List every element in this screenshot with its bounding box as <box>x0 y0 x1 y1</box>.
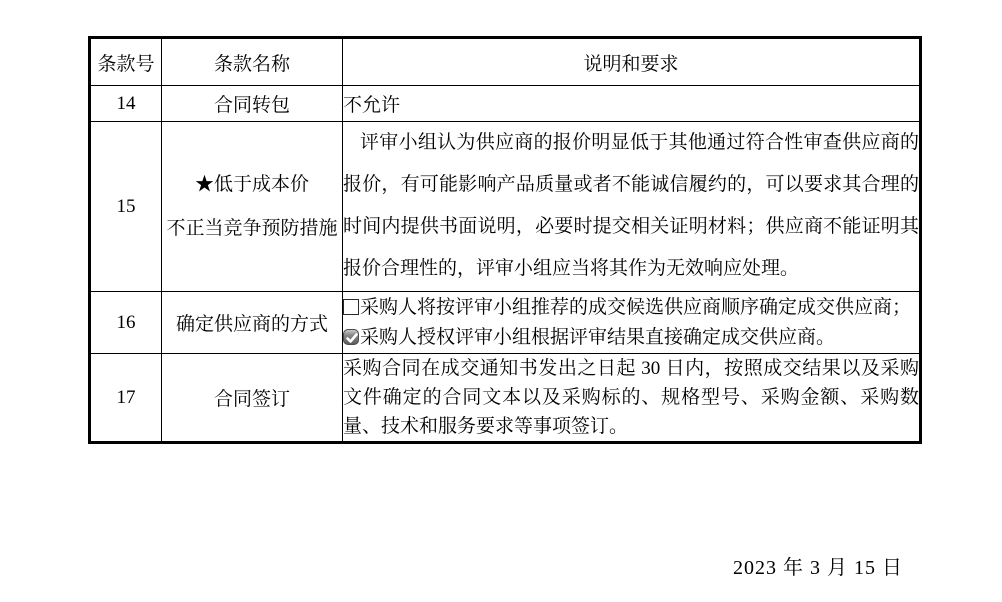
clause-14-name: 合同转包 <box>162 86 343 122</box>
clause-14-description: 不允许 <box>343 86 921 122</box>
document-page: 条款号 条款名称 说明和要求 14 合同转包 不允许 15 ★低于成本价 不正当… <box>0 0 1002 602</box>
supplier-option-2: 采购人授权评审小组根据评审结果直接确定成交供应商。 <box>343 323 919 353</box>
supplier-option-1: 采购人将按评审小组推荐的成交候选供应商顺序确定成交供应商； <box>343 293 919 323</box>
supplier-option-2-label: 采购人授权评审小组根据评审结果直接确定成交供应商。 <box>360 327 835 348</box>
clause-17-name: 合同签订 <box>162 354 343 443</box>
header-clause-name: 条款名称 <box>162 38 343 86</box>
unchecked-checkbox-icon[interactable] <box>343 299 359 315</box>
clause-15-name-line-2: 不正当竞争预防措施 <box>162 207 342 251</box>
clause-15-name-line-1: ★低于成本价 <box>162 163 342 207</box>
clause-15-number: 15 <box>90 122 162 292</box>
clause-15-name: ★低于成本价 不正当竞争预防措施 <box>162 122 343 292</box>
document-date: 2023 年 3 月 15 日 <box>733 551 903 580</box>
table-header-row: 条款号 条款名称 说明和要求 <box>90 38 921 86</box>
supplier-option-1-label: 采购人将按评审小组推荐的成交候选供应商顺序确定成交供应商； <box>360 297 911 318</box>
table-row-clause-15: 15 ★低于成本价 不正当竞争预防措施 评审小组认为供应商的报价明显低于其他通过… <box>90 122 921 292</box>
clause-17-number: 17 <box>90 354 162 443</box>
clauses-table: 条款号 条款名称 说明和要求 14 合同转包 不允许 15 ★低于成本价 不正当… <box>88 36 922 444</box>
clause-17-description: 采购合同在成交通知书发出之日起 30 日内，按照成交结果以及采购文件确定的合同文… <box>343 354 921 443</box>
clause-16-description: 采购人将按评审小组推荐的成交候选供应商顺序确定成交供应商； 采购人授权评审小组根… <box>343 292 921 354</box>
table-row-clause-16: 16 确定供应商的方式 采购人将按评审小组推荐的成交候选供应商顺序确定成交供应商… <box>90 292 921 354</box>
clause-15-description: 评审小组认为供应商的报价明显低于其他通过符合性审查供应商的报价，有可能影响产品质… <box>343 122 921 292</box>
table-row-clause-17: 17 合同签订 采购合同在成交通知书发出之日起 30 日内，按照成交结果以及采购… <box>90 354 921 443</box>
table-row-clause-14: 14 合同转包 不允许 <box>90 86 921 122</box>
clause-16-number: 16 <box>90 292 162 354</box>
header-description: 说明和要求 <box>343 38 921 86</box>
header-clause-number: 条款号 <box>90 38 162 86</box>
clause-16-name: 确定供应商的方式 <box>162 292 343 354</box>
checked-checkbox-icon[interactable] <box>343 329 359 345</box>
clause-14-number: 14 <box>90 86 162 122</box>
